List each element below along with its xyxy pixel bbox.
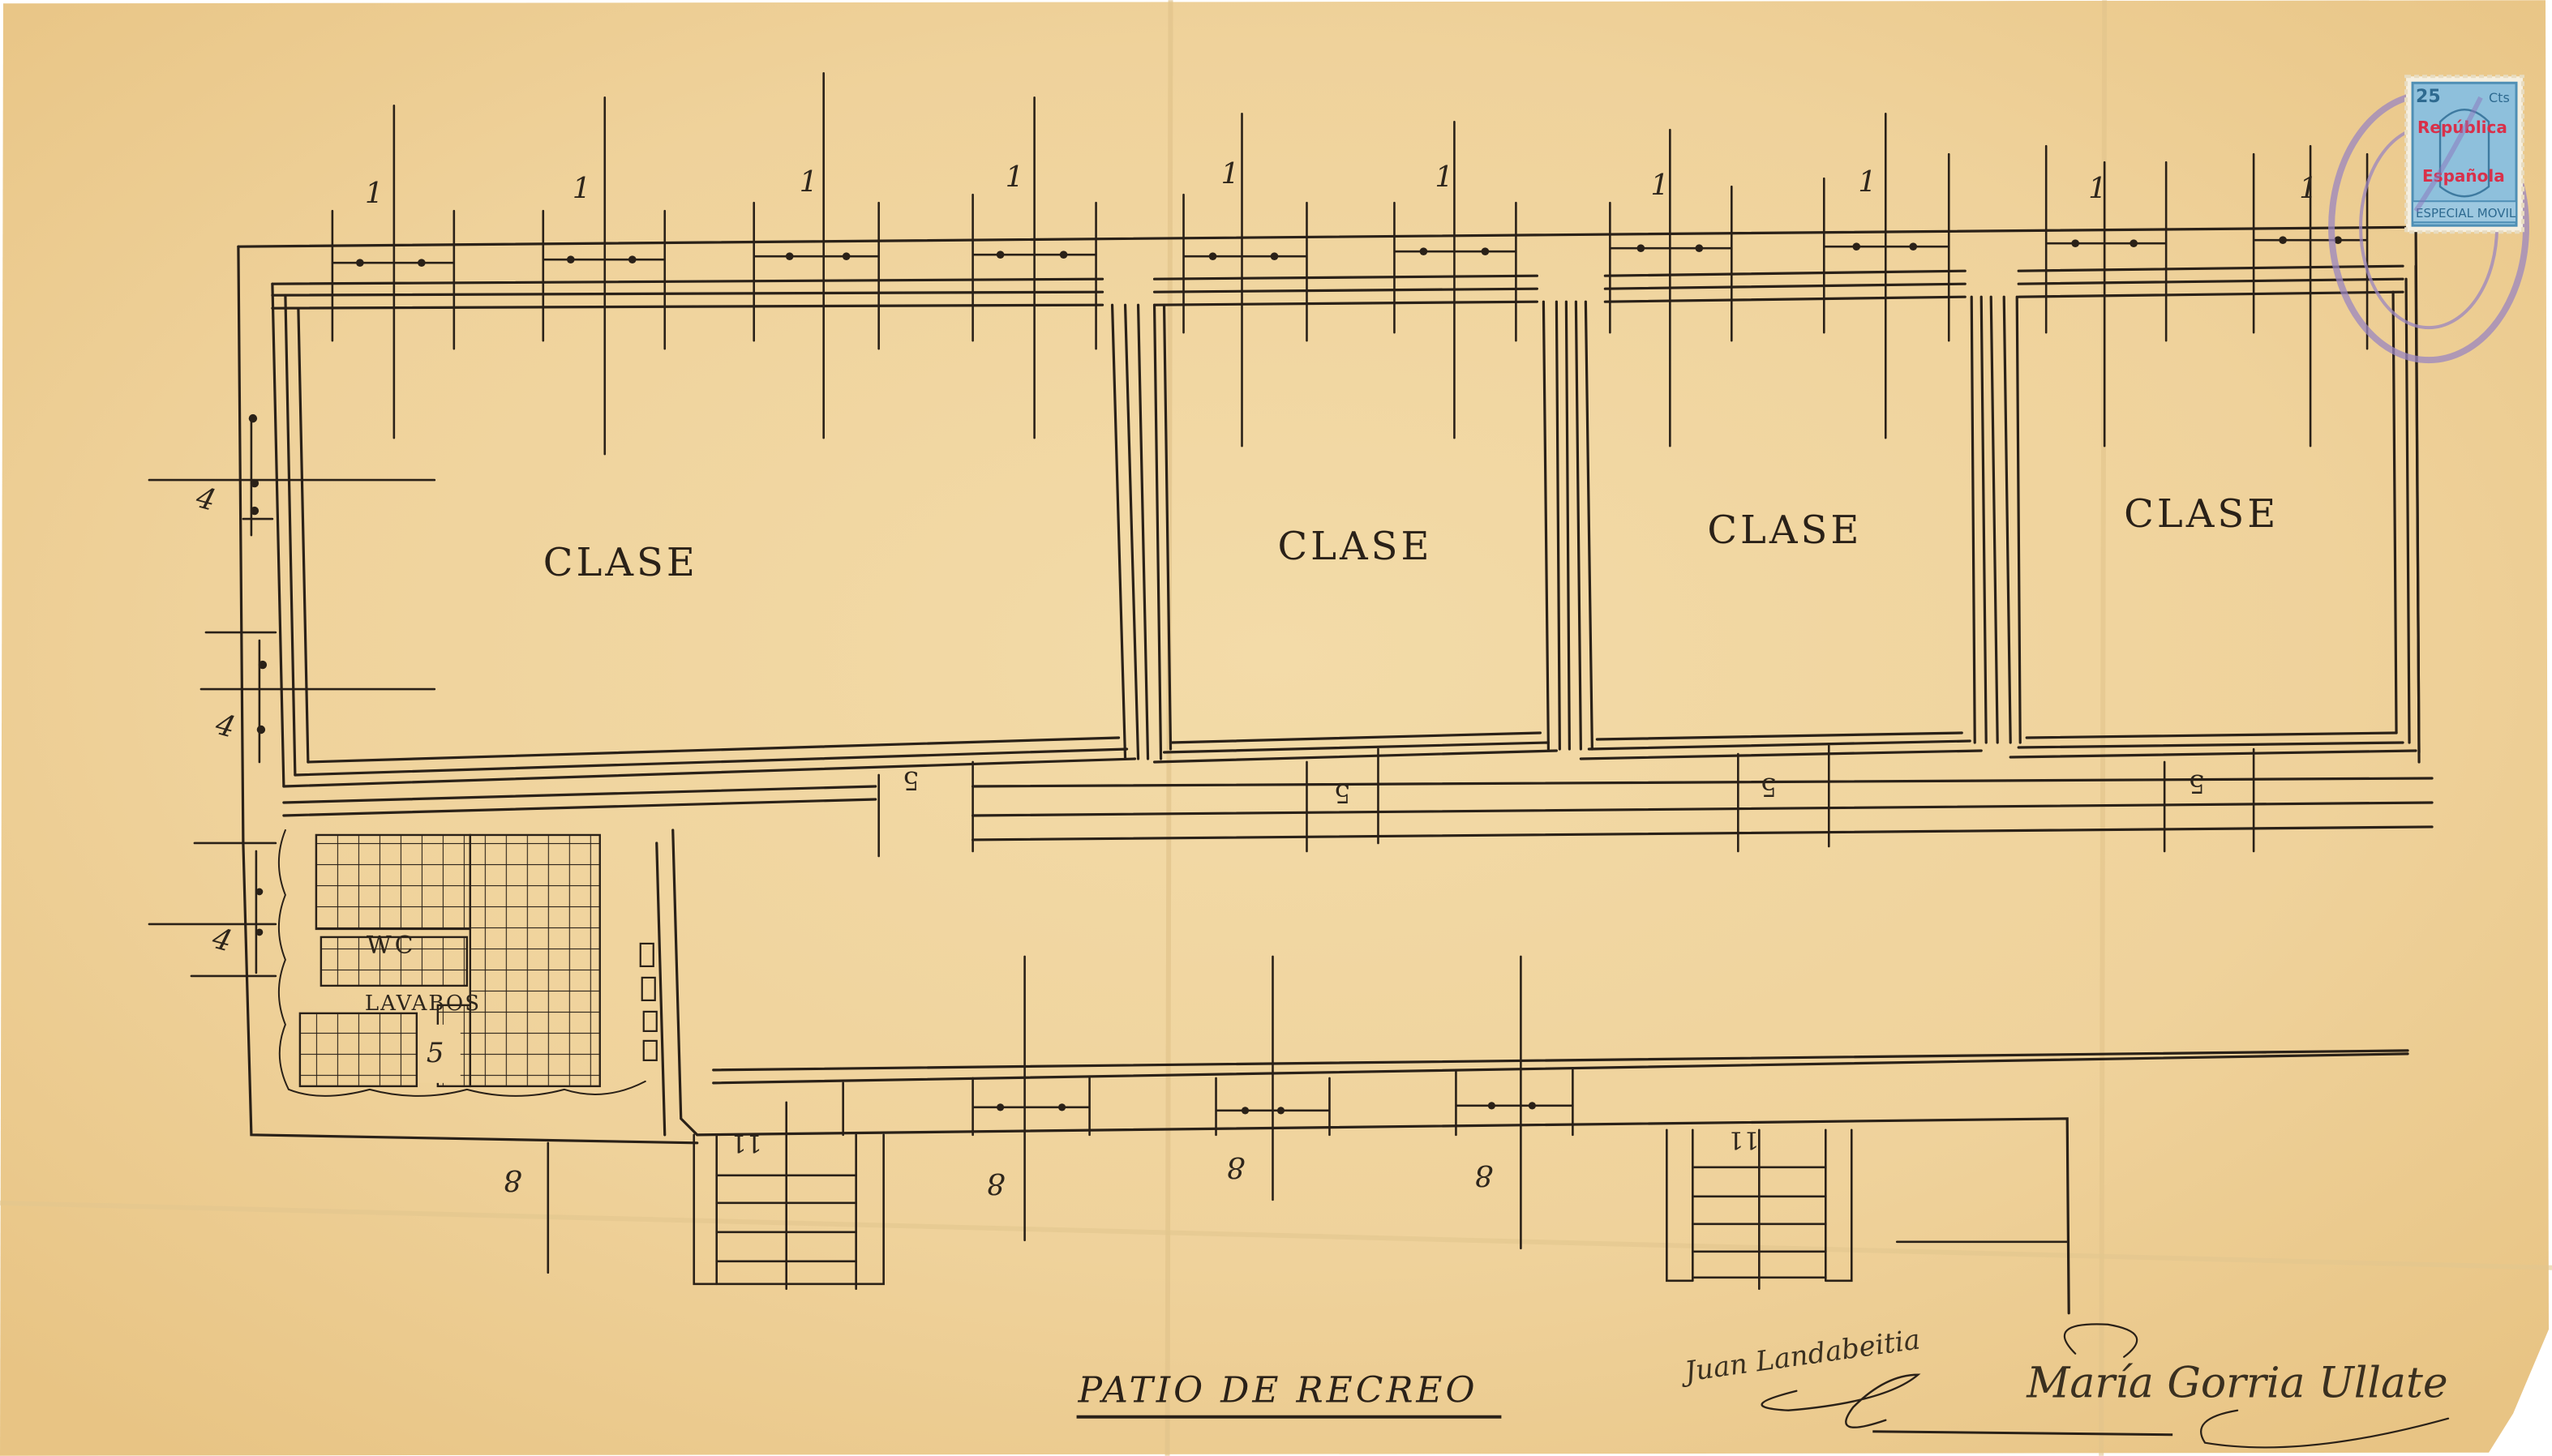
dimension-label: 8 [1227,1150,1246,1184]
dimension-label: 5 [903,765,919,796]
dimension-label: 1 [1858,165,1876,199]
dimension-label: 11 [731,1128,762,1157]
dimension-label: 1 [1650,169,1669,202]
stamp-bottom-text: ESPECIAL MOVIL [2416,206,2516,221]
dimension-label: 5 [2189,769,2205,799]
dimension-label: 8 [504,1163,522,1197]
dimension-label: 5 [1334,778,1350,809]
lavabos-label: LAVABOS [365,991,481,1016]
stamp-unit: Cts [2489,90,2510,105]
room-label-clase-2: CLASE [1277,524,1432,569]
dimension-label: 1 [1006,161,1024,194]
dimension-label: 1 [1435,161,1453,194]
wc-lavabos-area: WC LAVABOS 5 [279,830,657,1096]
postage-stamp: 25 Cts República Española ESPECIAL MOVIL [2406,76,2523,232]
room-label-clase-4: CLASE [2124,491,2279,537]
dimension-label: 1 [2088,172,2107,205]
wc-label: WC [367,931,417,960]
dimension-label: 11 [1728,1125,1759,1154]
dimension-label: 1 [573,172,591,205]
dimension-label: 8 [1475,1158,1494,1192]
floor-plan-drawing: 1 1 1 1 1 1 1 1 1 1 4 4 4 5 5 5 5 CLASE [0,0,2552,1456]
dimension-label: 1 [1221,157,1240,191]
plan-title: PATIO DE RECREO [1077,1370,1502,1417]
room-label-clase-3: CLASE [1707,507,1862,553]
signature-2: María Gorria Ullate [2026,1360,2447,1408]
title-label: PATIO DE RECREO [1078,1370,1478,1411]
dimension-label: 8 [987,1167,1006,1200]
room-label-clase-1: CLASE [543,540,698,585]
floor-plan-document: 1 1 1 1 1 1 1 1 1 1 4 4 4 5 5 5 5 CLASE [0,0,2552,1456]
area-number-label: 5 [427,1037,444,1069]
dimension-label: 1 [2299,172,2318,205]
dimension-label: 1 [800,165,818,199]
stamp-value: 25 [2416,87,2441,107]
dimension-label: 5 [1761,772,1777,803]
dimension-label: 1 [365,177,384,210]
